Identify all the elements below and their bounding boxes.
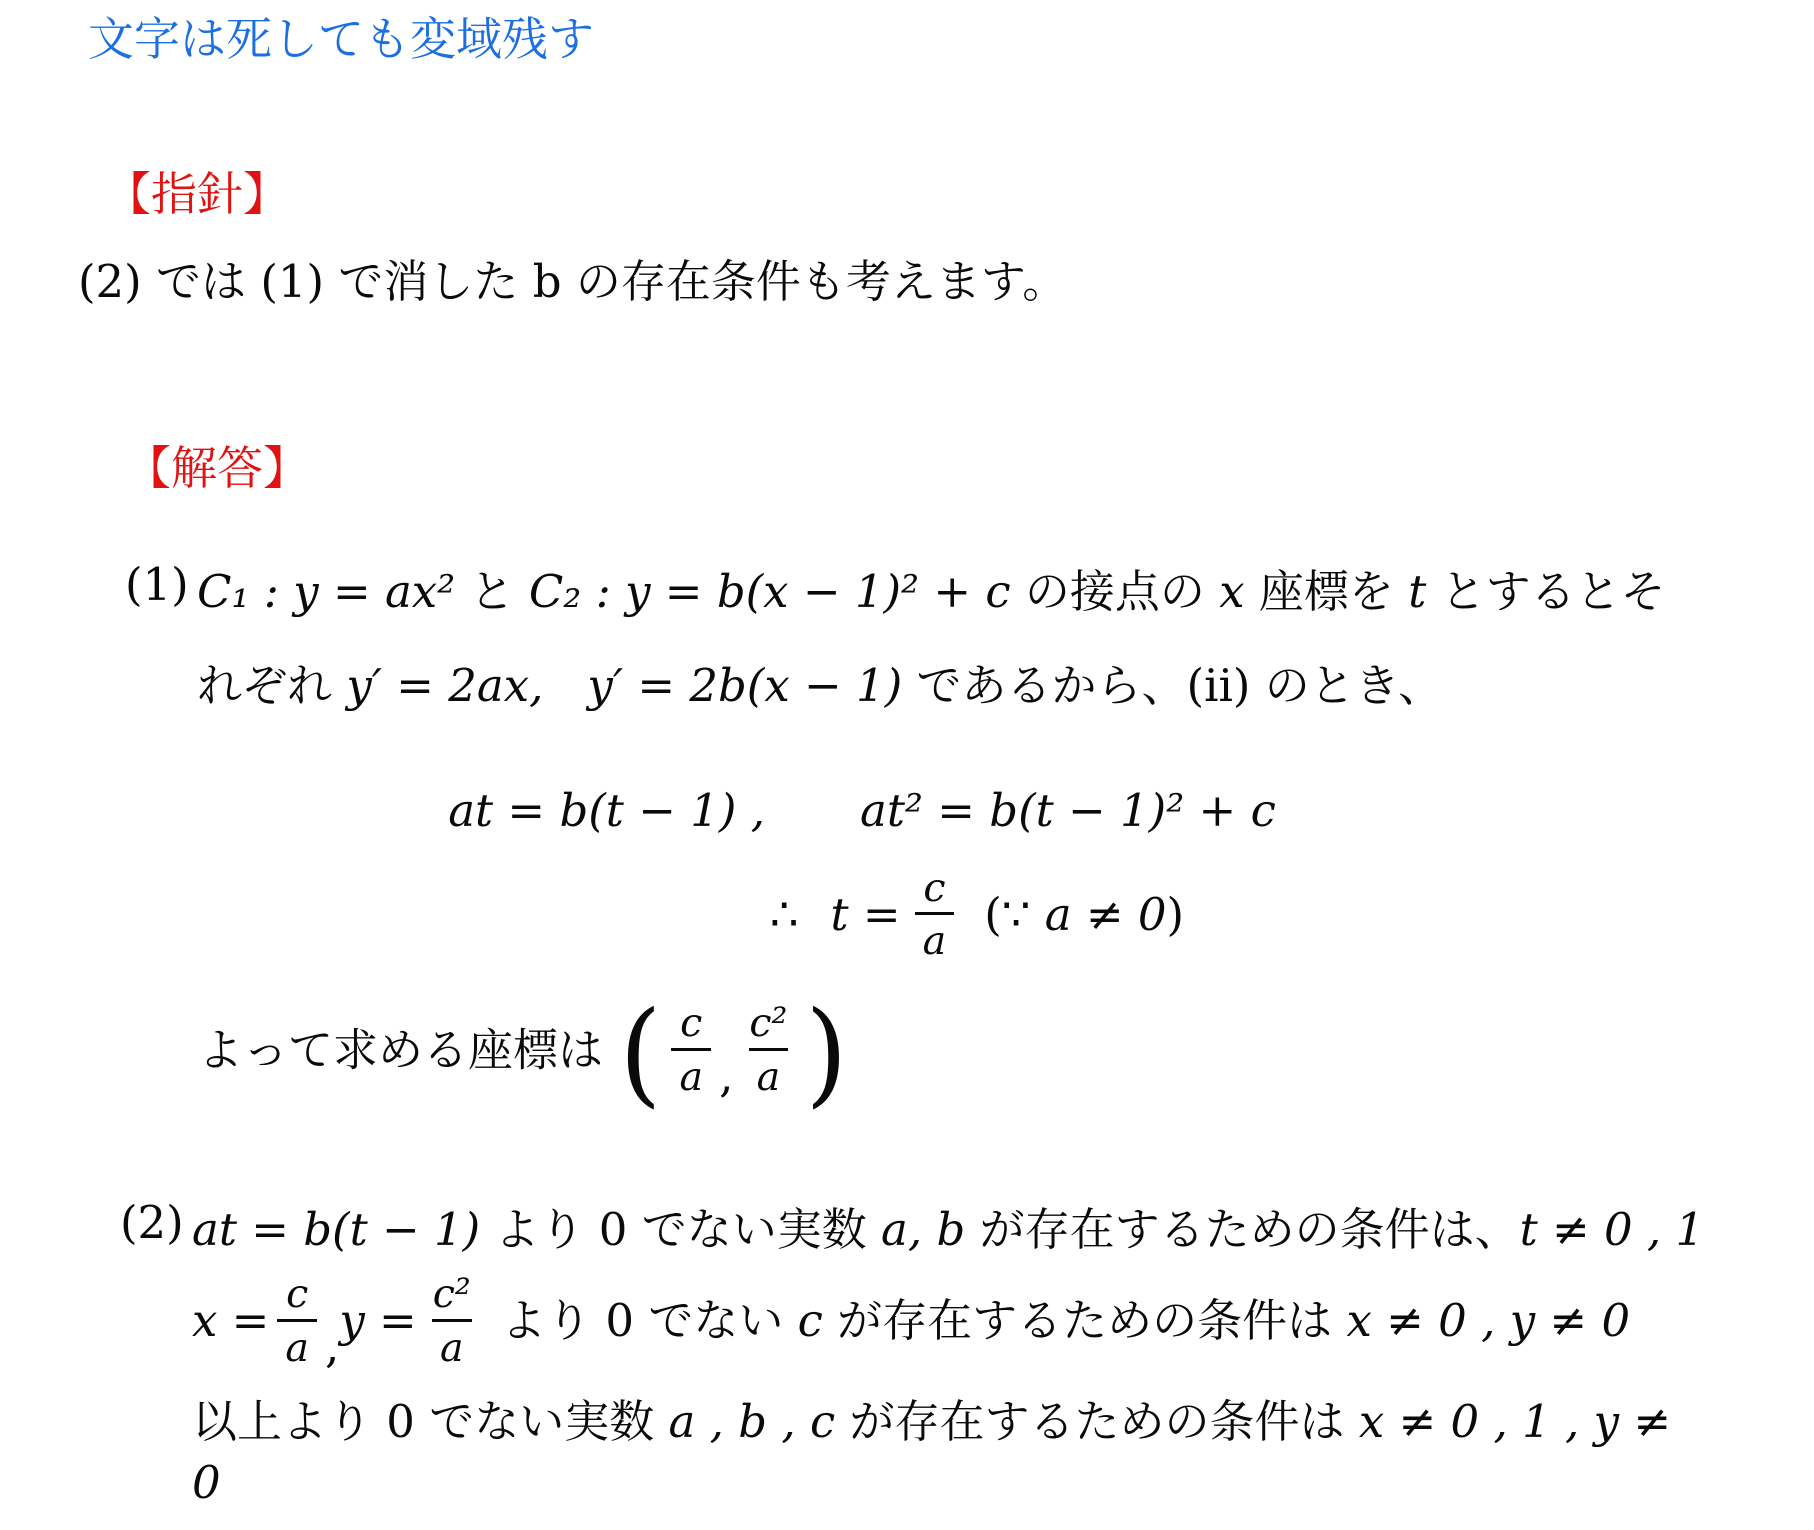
math-x-equals: x = <box>192 1294 269 1347</box>
comma: , <box>719 1049 733 1102</box>
jp-respectively: れぞれ <box>197 659 346 712</box>
math-at-equation: at = b(t − 1) <box>192 1203 480 1256</box>
jp-thus-coordinate: よって求める座標は <box>198 1023 617 1076</box>
fraction-denominator: a <box>671 1048 711 1099</box>
equation-t-solution: ∴t =ca(∵ a ≠ 0) <box>70 871 1814 966</box>
jp-therefore-case: であるから、(ii) のとき、 <box>902 659 1443 712</box>
part1-label: (1) <box>125 558 197 611</box>
fraction-denominator: a <box>277 1319 317 1370</box>
math-c2-definition: C₂ : y = b(x − 1)² + c <box>529 565 1011 618</box>
fraction-numerator: c <box>915 868 953 913</box>
math-t-equals: t = <box>831 888 901 941</box>
jp-existence-condition: が存在するための条件は <box>835 1395 1359 1448</box>
answer-part2: (2) at = b(t − 1) より 0 でない実数 a, b が存在するた… <box>120 1196 1814 1514</box>
math-vars-ab: a, b <box>881 1203 965 1256</box>
fraction-c-over-a: ca <box>277 1274 317 1369</box>
jp-nonzero-reals: より 0 でない実数 <box>480 1203 881 1256</box>
page-title: 文字は死しても変域残す <box>88 12 1814 67</box>
jp-existence-condition: が存在するための条件は <box>823 1294 1347 1347</box>
answer-heading: 【解答】 <box>125 441 1814 496</box>
math-y-equals: y = <box>339 1294 416 1347</box>
because-open-paren: (∵ <box>984 888 1045 941</box>
math-slope-equation: at = b(t − 1) , <box>448 784 765 837</box>
jp-suppose: とするとそ <box>1426 565 1665 618</box>
fraction-denominator: a <box>432 1319 472 1370</box>
jp-existence-condition: が存在するための条件は、 <box>965 1203 1519 1256</box>
math-t-condition: t ≠ 0 , 1 <box>1520 1203 1705 1256</box>
part2-line2: x =ca,y =c²a より 0 でない c が存在するための条件は x ≠ … <box>192 1277 1712 1378</box>
document-page: 文字は死しても変域残す 【指針】 (2) では (1) で消した b の存在条件… <box>0 0 1814 1514</box>
math-xy-condition: x ≠ 0 , y ≠ 0 <box>1346 1294 1630 1347</box>
coordinate-result-line: よって求める座標は (ca,c²a) <box>198 1000 1814 1108</box>
part2-label: (2) <box>120 1196 192 1249</box>
jp-coordinate: 座標を <box>1245 565 1409 618</box>
fraction-numerator: c <box>278 1274 316 1319</box>
jp-in-conclusion: 以上より 0 でない実数 <box>192 1395 669 1448</box>
math-value-equation: at² = b(t − 1)² + c <box>860 784 1276 837</box>
math-var-x: x <box>1219 565 1244 618</box>
big-close-paren: ) <box>805 997 847 1110</box>
guideline-body-text: (2) では (1) で消した b の存在条件も考えます。 <box>78 248 1814 316</box>
part2-body: at = b(t − 1) より 0 でない実数 a, b が存在するための条件… <box>192 1196 1712 1514</box>
math-var-c: c <box>798 1294 823 1347</box>
part1-line1: C₁ : y = ax² と C₂ : y = b(x − 1)² + c の接… <box>197 558 1717 626</box>
fraction-denominator: a <box>749 1048 789 1099</box>
guideline-heading: 【指針】 <box>105 167 1814 222</box>
close-paren: ) <box>1167 888 1185 941</box>
comma: , <box>325 1320 339 1373</box>
big-open-paren: ( <box>619 997 661 1110</box>
part2-line1: at = b(t − 1) より 0 でない実数 a, b が存在するための条件… <box>192 1196 1712 1264</box>
fraction-denominator: a <box>915 912 955 963</box>
answer-section: 【解答】 (1) C₁ : y = ax² と C₂ : y = b(x − 1… <box>0 441 1814 1514</box>
part1-line2: れぞれ y′ = 2ax,y′ = 2b(x − 1) であるから、(ii) の… <box>197 652 1717 720</box>
fraction-c2-over-a: c²a <box>425 1274 479 1369</box>
fraction-numerator: c² <box>741 1003 795 1048</box>
part2-line3: 以上より 0 でない実数 a , b , c が存在するための条件は x ≠ 0… <box>192 1392 1712 1514</box>
jp-tangent-point: の接点の <box>1011 565 1220 618</box>
part1-body: C₁ : y = ax² と C₂ : y = b(x − 1)² + c の接… <box>197 558 1717 719</box>
fraction-numerator: c² <box>425 1274 479 1319</box>
answer-part1: (1) C₁ : y = ax² と C₂ : y = b(x − 1)² + … <box>125 558 1814 719</box>
jp-and: と <box>455 565 529 618</box>
fraction-numerator: c <box>672 1003 710 1048</box>
equation-tangency: at = b(t − 1) ,at² = b(t − 1)² + c <box>0 777 1769 845</box>
math-derivative-1: y′ = 2ax, <box>346 659 543 712</box>
fraction-c-over-a: ca <box>671 1003 711 1098</box>
therefore-symbol: ∴ <box>770 888 799 941</box>
math-derivative-2: y′ = 2b(x − 1) <box>587 659 902 712</box>
math-a-nonzero: a ≠ 0 <box>1045 888 1167 941</box>
math-var-t: t <box>1408 565 1426 618</box>
fraction-c2-over-a: c²a <box>741 1003 795 1098</box>
fraction-c-over-a: ca <box>915 868 955 963</box>
guideline-section: 【指針】 (2) では (1) で消した b の存在条件も考えます。 <box>0 167 1814 316</box>
jp-nonzero: より 0 でない <box>487 1294 798 1347</box>
math-c1-definition: C₁ : y = ax² <box>197 565 455 618</box>
math-vars-abc: a , b , c <box>669 1395 836 1448</box>
